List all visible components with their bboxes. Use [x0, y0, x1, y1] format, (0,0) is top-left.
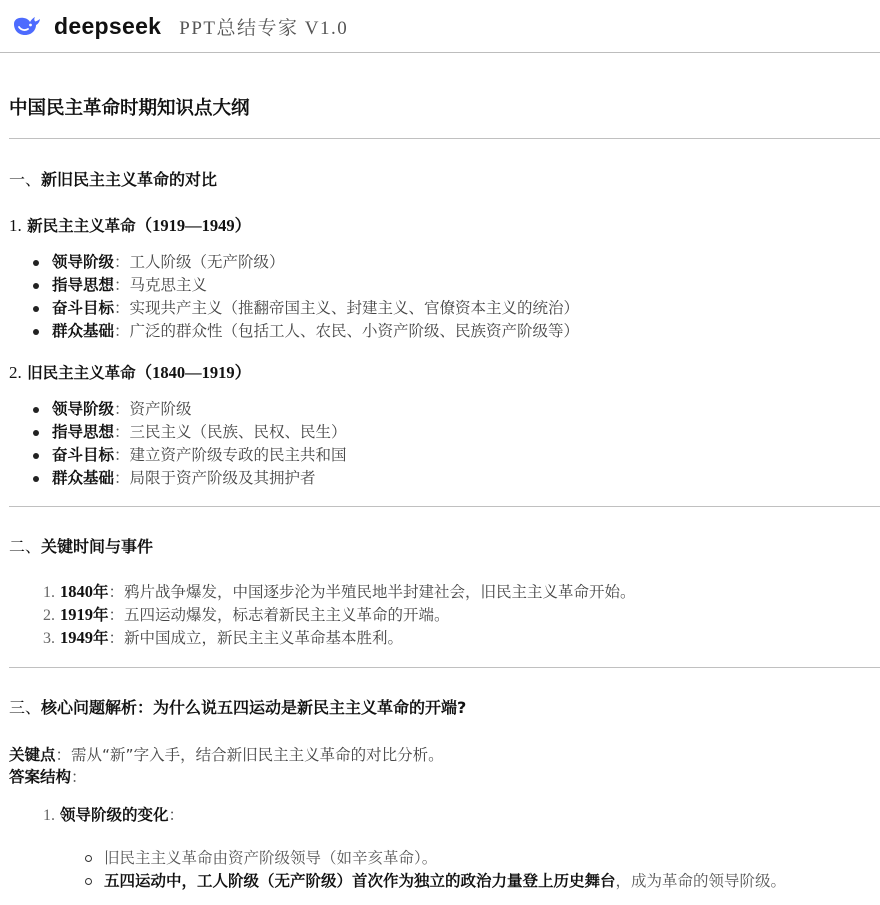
- section-title: 关键时间与事件: [41, 537, 153, 556]
- item-text: 广泛的群众性（包括工人、农民、小资产阶级、民族资产阶级等）: [130, 322, 580, 340]
- subsection-title: 旧民主主义革命: [27, 364, 136, 382]
- subsection-title: 新民主主义革命: [27, 217, 136, 235]
- list-item: 奋斗目标：实现共产主义（推翻帝国主义、封建主义、官僚资本主义的统治）: [42, 297, 880, 320]
- event-year: 1919: [60, 605, 93, 624]
- answer-structure-colon: ：: [71, 768, 87, 786]
- subsection-heading-new-democratic: 1. 新民主主义革命（1919—1949）: [9, 212, 880, 236]
- event-year: 1840: [60, 582, 93, 601]
- subsection-years: （1840—1919）: [136, 363, 252, 382]
- item-text: 资产阶级: [130, 400, 192, 418]
- item-text: 三民主义（民族、民权、民生）: [130, 423, 347, 441]
- event-item: 2. 1919年：五四运动爆发，标志着新民主主义革命的开端。: [43, 604, 880, 627]
- list-item: 奋斗目标：建立资产阶级专政的民主共和国: [42, 444, 880, 467]
- event-year: 1949: [60, 628, 93, 647]
- section-number: 一、: [9, 170, 41, 189]
- answer-colon: ：: [168, 806, 184, 824]
- item-colon: ：: [114, 322, 130, 340]
- event-colon: ：: [108, 629, 124, 647]
- list-item: 领导阶级：资产阶级: [42, 398, 880, 421]
- list-item: 指导思想：马克思主义: [42, 274, 880, 297]
- item-label: 领导阶级: [52, 400, 114, 418]
- list-item: 领导阶级：工人阶级（无产阶级）: [42, 251, 880, 274]
- section-heading-1: 一、新旧民主主义革命的对比: [9, 167, 880, 190]
- item-text: 局限于资产阶级及其拥护者: [130, 469, 316, 487]
- item-colon: ：: [114, 276, 130, 294]
- divider: [9, 667, 880, 668]
- event-colon: ：: [108, 606, 124, 624]
- answer-structure: 答案结构：: [9, 766, 880, 788]
- divider: [9, 506, 880, 507]
- answer-point: 旧民主主义革命由资产阶级领导（如辛亥革命）。: [95, 847, 880, 870]
- key-point: 关键点：需从“新”字入手，结合新旧民主主义革命的对比分析。: [9, 744, 880, 766]
- subsection-number: 2.: [9, 363, 22, 382]
- events-list: 1. 1840年：鸦片战争爆发，中国逐步沦为半殖民地半封建社会，旧民主主义革命开…: [9, 581, 880, 650]
- item-label: 群众基础: [52, 322, 114, 340]
- section-number: 二、: [9, 537, 41, 556]
- event-year-suffix: 年: [93, 606, 109, 624]
- answer-point-text: 旧民主主义革命由资产阶级领导（如辛亥革命）。: [104, 849, 437, 867]
- answer-item: 1. 领导阶级的变化：: [43, 804, 880, 827]
- section-heading-2: 二、关键时间与事件: [9, 534, 880, 557]
- event-text: 五四运动爆发，标志着新民主主义革命的开端。: [124, 606, 450, 624]
- section-title: 核心问题解析：为什么说五四运动是新民主主义革命的开端?: [41, 698, 466, 717]
- app-title: PPT总结专家 V1.0: [179, 13, 348, 40]
- item-label: 指导思想: [52, 423, 114, 441]
- key-point-text: 需从“新”字入手，结合新旧民主主义革命的对比分析。: [71, 746, 444, 764]
- list-item: 指导思想：三民主义（民族、民权、民生）: [42, 421, 880, 444]
- item-colon: ：: [114, 469, 130, 487]
- section-title: 新旧民主主义革命的对比: [41, 170, 217, 189]
- key-point-colon: ：: [56, 746, 72, 764]
- section-number: 三、: [9, 698, 41, 717]
- answer-point: 五四运动中，工人阶级（无产阶级）首次作为独立的政治力量登上历史舞台，成为革命的领…: [95, 870, 880, 893]
- answer-list: 1. 领导阶级的变化：: [9, 804, 880, 827]
- item-text: 实现共产主义（推翻帝国主义、封建主义、官僚资本主义的统治）: [130, 299, 580, 317]
- item-colon: ：: [114, 253, 130, 271]
- item-label: 领导阶级: [52, 253, 114, 271]
- top-bar: deepseek PPT总结专家 V1.0: [0, 0, 880, 53]
- item-colon: ：: [114, 400, 130, 418]
- item-colon: ：: [114, 446, 130, 464]
- item-colon: ：: [114, 299, 130, 317]
- event-year-suffix: 年: [93, 583, 109, 601]
- answer-structure-label: 答案结构: [9, 768, 71, 786]
- answer-title: 领导阶级的变化: [60, 806, 169, 824]
- brand-name: deepseek: [54, 13, 161, 40]
- whale-logo-icon: [12, 15, 42, 37]
- event-year-suffix: 年: [93, 629, 109, 647]
- divider: [9, 138, 880, 139]
- item-text: 马克思主义: [130, 276, 208, 294]
- document-content: 中国民主革命时期知识点大纲 一、新旧民主主义革命的对比 1. 新民主主义革命（1…: [0, 94, 880, 893]
- new-democratic-list: 领导阶级：工人阶级（无产阶级） 指导思想：马克思主义 奋斗目标：实现共产主义（推…: [9, 251, 880, 343]
- list-item: 群众基础：广泛的群众性（包括工人、农民、小资产阶级、民族资产阶级等）: [42, 320, 880, 343]
- answer-point-emphasis: 五四运动中，工人阶级（无产阶级）首次作为独立的政治力量登上历史舞台: [104, 872, 616, 890]
- event-text: 鸦片战争爆发，中国逐步沦为半殖民地半封建社会，旧民主主义革命开始。: [124, 583, 636, 601]
- item-text: 工人阶级（无产阶级）: [130, 253, 285, 271]
- event-colon: ：: [108, 583, 124, 601]
- subsection-number: 1.: [9, 216, 22, 235]
- list-item: 群众基础：局限于资产阶级及其拥护者: [42, 467, 880, 490]
- event-number: 3.: [43, 630, 55, 647]
- section-heading-3: 三、核心问题解析：为什么说五四运动是新民主主义革命的开端?: [9, 695, 880, 718]
- item-label: 指导思想: [52, 276, 114, 294]
- item-label: 群众基础: [52, 469, 114, 487]
- item-colon: ：: [114, 423, 130, 441]
- event-item: 1. 1840年：鸦片战争爆发，中国逐步沦为半殖民地半封建社会，旧民主主义革命开…: [43, 581, 880, 604]
- event-number: 2.: [43, 607, 55, 624]
- key-point-label: 关键点: [9, 746, 56, 764]
- subsection-years: （1919—1949）: [136, 216, 252, 235]
- subsection-heading-old-democratic: 2. 旧民主主义革命（1840—1919）: [9, 359, 880, 383]
- event-text: 新中国成立，新民主主义革命基本胜利。: [124, 629, 403, 647]
- item-text: 建立资产阶级专政的民主共和国: [130, 446, 347, 464]
- answer-points-list: 旧民主主义革命由资产阶级领导（如辛亥革命）。 五四运动中，工人阶级（无产阶级）首…: [9, 847, 880, 893]
- old-democratic-list: 领导阶级：资产阶级 指导思想：三民主义（民族、民权、民生） 奋斗目标：建立资产阶…: [9, 398, 880, 490]
- answer-point-text: ，成为革命的领导阶级。: [616, 872, 787, 890]
- document-title: 中国民主革命时期知识点大纲: [9, 94, 880, 121]
- event-number: 1.: [43, 584, 55, 601]
- event-item: 3. 1949年：新中国成立，新民主主义革命基本胜利。: [43, 627, 880, 650]
- answer-number: 1.: [43, 807, 55, 824]
- item-label: 奋斗目标: [52, 299, 114, 317]
- item-label: 奋斗目标: [52, 446, 114, 464]
